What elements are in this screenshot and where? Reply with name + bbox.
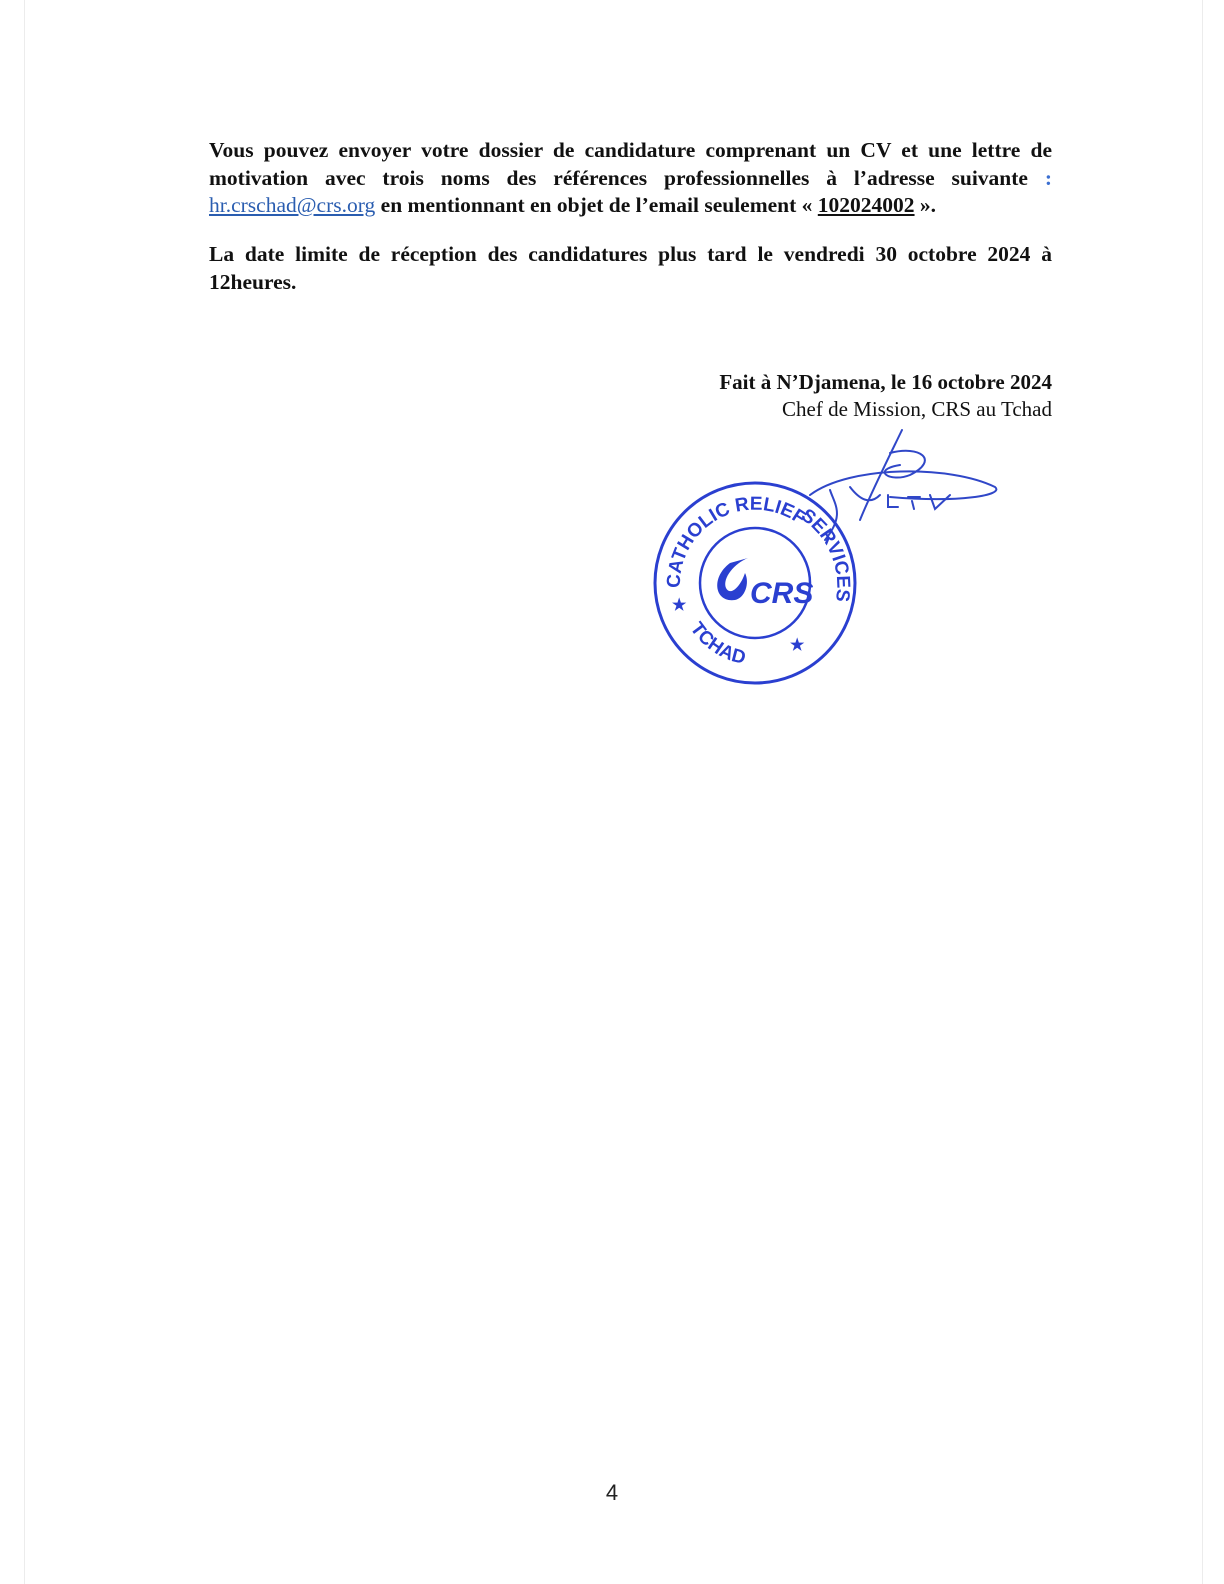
page-edge-right bbox=[1202, 0, 1203, 1584]
reference-number: 102024002 bbox=[818, 193, 915, 217]
svg-text:★: ★ bbox=[672, 597, 687, 614]
crs-logo-icon bbox=[717, 558, 748, 600]
application-instructions: Vous pouvez envoyer votre dossier de can… bbox=[209, 137, 1052, 220]
email-link[interactable]: hr.crschad@crs.org bbox=[209, 193, 375, 217]
closing-quote: ». bbox=[915, 193, 937, 217]
organization-stamp: CATHOLIC RELIEF SERVICES TCHAD ★ ★ CRS bbox=[650, 478, 860, 688]
signatory-title: Chef de Mission, CRS au Tchad bbox=[782, 397, 1052, 422]
place-date: Fait à N’Djamena, le 16 octobre 2024 bbox=[719, 370, 1052, 395]
stamp-top-text: CATHOLIC RELIEF bbox=[664, 494, 809, 589]
instructions-text: Vous pouvez envoyer votre dossier de can… bbox=[209, 138, 1052, 190]
crs-logo-text: CRS bbox=[750, 577, 813, 610]
colon: : bbox=[1028, 166, 1052, 190]
svg-text:★: ★ bbox=[790, 637, 805, 654]
subject-instruction: en mentionnant en objet de l’email seule… bbox=[375, 193, 818, 217]
page-number: 4 bbox=[0, 1480, 1224, 1506]
deadline-paragraph: La date limite de réception des candidat… bbox=[209, 241, 1052, 296]
page-edge-left bbox=[24, 0, 25, 1584]
